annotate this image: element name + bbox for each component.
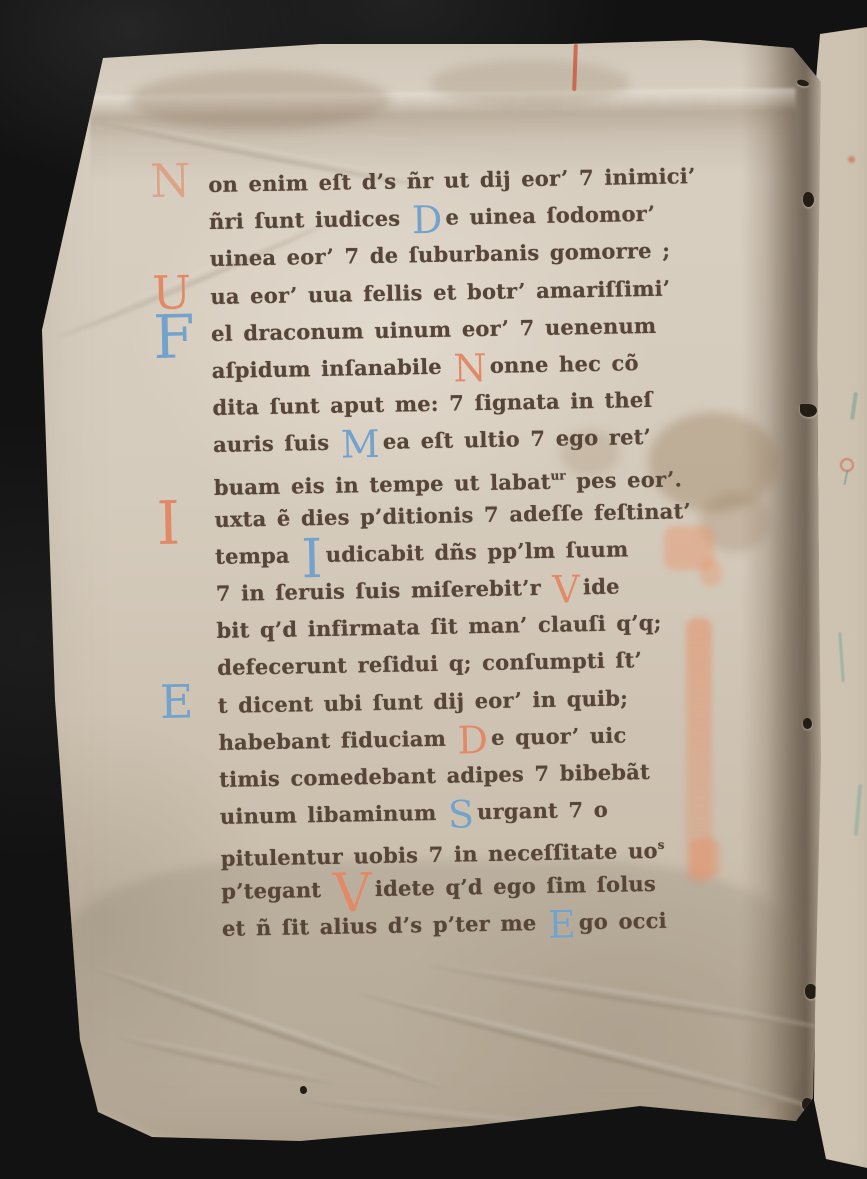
line-text: aſpidum inſanabile <box>212 353 453 382</box>
line-text: go occi <box>579 907 667 934</box>
line-text: idete q’d ego ſim ſolus <box>375 870 656 900</box>
initial-red: N <box>150 157 191 204</box>
line-text: e uinea ſodomor’ <box>445 201 655 230</box>
photo-backdrop: Non enim eſt d’s ñr ut dij eor’ 7 inimic… <box>0 0 867 1179</box>
line-text: et ñ ſit alius d’s p’ter me <box>222 910 547 941</box>
initial-blue: E <box>159 678 194 725</box>
sewing-hole <box>803 718 812 729</box>
red-speck <box>848 156 855 163</box>
stain <box>130 70 390 130</box>
line-text: auris ſuis <box>213 430 340 457</box>
superscript-abbreviation: s <box>658 838 665 852</box>
line-text: uxta ẽ dies p’ditionis 7 adeſſe feſtinat… <box>214 498 691 532</box>
sewing-hole <box>797 79 810 87</box>
text-block: Non enim eſt d’s ñr ut dij eor’ 7 inimic… <box>208 156 742 946</box>
line-text: onne hec cõ <box>490 350 639 378</box>
line-text: timis comedebant adipes 7 bibebãt <box>219 759 650 792</box>
line-text: ua eor’ uua fellis et botr’ amariſſimi’ <box>210 275 670 308</box>
line-text: uinea eor’ 7 de ſuburbanis gomorre ; <box>209 238 670 271</box>
line-text: dita ſunt aput me: 7 ſignata in theſ <box>212 387 653 420</box>
sewing-hole <box>800 404 817 417</box>
line-text: el draconum uinum eor’ 7 uenenum <box>211 313 657 346</box>
line-text: habebant fiduciam <box>218 725 456 754</box>
line-text: pes eor’. <box>565 466 682 493</box>
line-text: tempa <box>215 542 301 569</box>
line-text: udicabit dñs pp’lm ſuum <box>326 536 629 567</box>
line-text: bit q’d infirmata ſit man’ clauſi q’q; <box>216 610 662 643</box>
line-text: defecerunt reſidui q; conſumpti ſt’ <box>217 648 642 681</box>
line-text: on enim eſt d’s ñr ut dij eor’ 7 inimici… <box>208 163 696 197</box>
sewing-hole <box>805 984 817 999</box>
line-text: t dicent ubi ſunt dij eor’ in quib; <box>218 685 629 718</box>
sewing-hole <box>802 1098 813 1111</box>
line-text: 7 in ſeruis ſuis miſerebit’r <box>216 575 552 606</box>
line-text: ide <box>583 574 620 600</box>
line-text: ea eſt ultio 7 ego ret’ <box>383 424 652 454</box>
line-text: urgant 7 o <box>477 797 608 824</box>
manuscript-leaf: Non enim eſt d’s ñr ut dij eor’ 7 inimic… <box>0 0 867 1179</box>
line-text: uinum libaminum <box>220 800 447 829</box>
line-text: p’tegant <box>221 876 332 903</box>
sewing-hole <box>803 192 814 207</box>
wormhole <box>300 1086 307 1094</box>
initial-blue: F <box>153 307 196 368</box>
initial-blue: E <box>548 902 577 947</box>
stain <box>430 60 630 106</box>
superscript-abbreviation: ur <box>550 468 565 482</box>
line-text: ñri ſunt iudices <box>209 205 411 234</box>
initial-red: I <box>156 493 181 553</box>
line-text: e quor’ uic <box>491 722 627 749</box>
